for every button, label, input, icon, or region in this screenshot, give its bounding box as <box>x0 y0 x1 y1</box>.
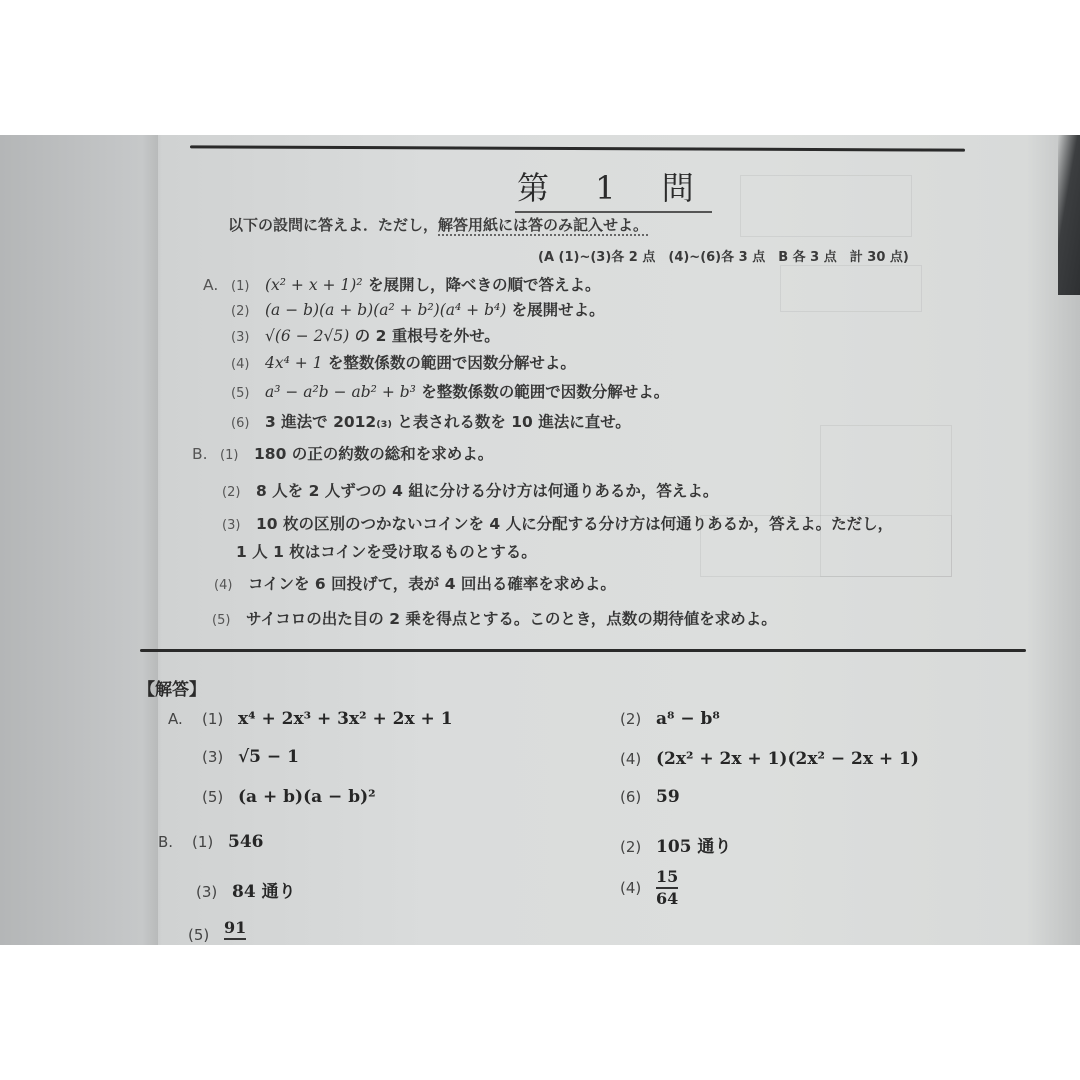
answers-heading: 【解答】 <box>138 675 206 700</box>
section-label-a: A. <box>203 276 231 294</box>
answer-b2: (2)105 通り <box>620 832 731 857</box>
exam-page-photo: 第 1 問 以下の設問に答えよ．ただし，解答用紙には答のみ記入せよ。 (A (1… <box>0 135 1080 945</box>
fraction-91: 91 <box>224 918 246 940</box>
question-b3-continued: 1 人 1 枚はコインを受け取るものとする。 <box>236 540 537 562</box>
section-label-b: B. <box>192 445 220 463</box>
left-page-edge <box>0 135 158 945</box>
fraction-bar <box>224 938 246 940</box>
answer-b1: B.(1)546 <box>158 832 264 852</box>
answer-a3: (3)√5 − 1 <box>202 747 299 767</box>
fraction-15-64: 1564 <box>656 867 678 909</box>
answer-b5: (5)91 <box>188 918 246 944</box>
answer-a4: (4)(2x² + 2x + 1)(2x² − 2x + 1) <box>620 749 919 769</box>
question-b2: (2)8 人を 2 人ずつの 4 組に分ける分け方は何通りあるか，答えよ。 <box>222 479 718 501</box>
answer-b4: (4)1564 <box>620 867 678 909</box>
question-b5: (5)サイコロの出た目の 2 乗を得点とする。このとき，点数の期待値を求めよ。 <box>212 607 777 629</box>
answer-a2: (2)a⁸ − b⁸ <box>620 709 720 729</box>
answers-divider <box>140 649 1026 652</box>
show-through-box <box>780 265 922 312</box>
answer-a5: (5)(a + b)(a − b)² <box>202 787 376 807</box>
answer-a1: A.(1)x⁴ + 2x³ + 3x² + 2x + 1 <box>168 709 453 729</box>
page-title: 第 1 問 <box>515 163 712 213</box>
question-a3: (3)√(6 − 2√5) の 2 重根号を外せ。 <box>231 324 500 346</box>
answer-section-label-b: B. <box>158 833 192 851</box>
top-rule <box>190 145 965 151</box>
answer-a6: (6)59 <box>620 787 680 807</box>
scoring-note: (A (1)~(3)各 2 点 (4)~(6)各 3 点 B 各 3 点 計 3… <box>538 246 909 265</box>
question-a4: (4)4x⁴ + 1 を整数係数の範囲で因数分解せよ。 <box>231 351 576 373</box>
show-through-box <box>740 175 912 237</box>
question-b3: (3)10 枚の区別のつかないコインを 4 人に分配する分け方は何通りあるか，答… <box>222 512 893 534</box>
instruction-emphasis: 解答用紙には答のみ記入せよ。 <box>438 216 648 236</box>
instruction: 以下の設問に答えよ．ただし，解答用紙には答のみ記入せよ。 <box>228 214 648 235</box>
answer-section-label-a: A. <box>168 710 202 728</box>
question-a6: (6)3 進法で 2012₍₃₎ と表される数を 10 進法に直せ。 <box>231 410 631 432</box>
question-a5: (5)a³ − a²b − ab² + b³ を整数係数の範囲で因数分解せよ。 <box>231 380 669 402</box>
answer-b3: (3)84 通り <box>196 877 296 902</box>
question-b1: B.(1)180 の正の約数の総和を求めよ。 <box>192 442 493 464</box>
question-a1: A.(1)(x² + x + 1)² を展開し，降べきの順で答えよ。 <box>203 273 600 295</box>
right-dark-edge <box>1058 135 1080 295</box>
question-a2: (2)(a − b)(a + b)(a² + b²)(a⁴ + b⁴) を展開せ… <box>231 298 605 320</box>
question-b4: (4)コインを 6 回投げて，表が 4 回出る確率を求めよ。 <box>214 572 616 594</box>
instruction-prefix: 以下の設問に答えよ．ただし， <box>228 216 438 234</box>
